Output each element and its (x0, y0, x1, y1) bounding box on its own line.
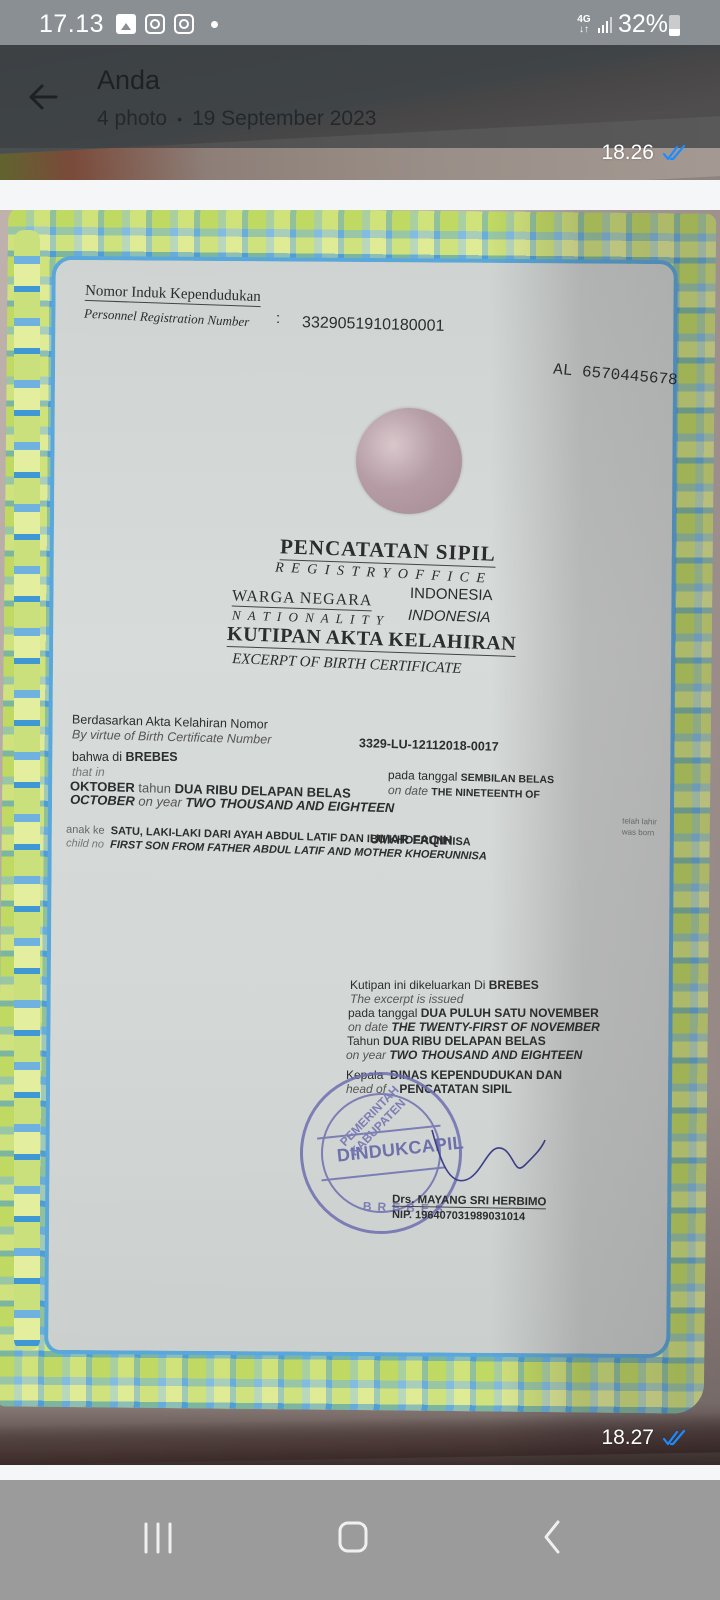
dot-icon (211, 21, 218, 28)
nik-colon: : (276, 310, 280, 327)
official-name: Drs. MAYANG SRI HERBIMO (392, 1194, 547, 1210)
status-time: 17.13 (39, 10, 104, 39)
battery-percent: 32% (618, 10, 668, 39)
photo-count: 4 photo (97, 107, 167, 131)
nik-value: 3329051910180001 (302, 314, 445, 336)
issued-date-line: pada tanggal DUA PULUH SATU NOVEMBER (348, 1006, 599, 1020)
nationality-value: INDONESIA (408, 607, 491, 626)
photo-viewer-screen: 17.13 4G↓↑ 32% Anda 4 photo • (0, 0, 720, 1600)
system-back-button[interactable] (530, 1518, 590, 1562)
instagram-icon (174, 14, 194, 34)
issued-year-line: Tahun DUA RIBU DELAPAN BELAS (347, 1034, 546, 1048)
place-line: bahwa di BREBES (72, 750, 178, 764)
born-label: telah lahirwas born (622, 815, 657, 838)
recents-button[interactable] (128, 1518, 188, 1562)
status-right: 4G↓↑ 32% (576, 10, 668, 39)
separator: • (177, 111, 182, 127)
birth-certificate: Nomor Induk Kependudukan Personnel Regis… (0, 210, 720, 1465)
instagram-icon (145, 14, 165, 34)
nik-label: Nomor Induk Kependudukan (85, 283, 261, 307)
issued-year-line-en: on year TWO THOUSAND AND EIGHTEEN (346, 1048, 582, 1062)
home-button[interactable] (330, 1518, 390, 1562)
official-nip: NIP. 196407031989031014 (392, 1209, 525, 1223)
chat-title: Anda (97, 65, 160, 96)
back-chevron-icon (530, 1518, 590, 1562)
certificate-number: 3329-LU-12112018-0017 (359, 736, 499, 754)
nik-label-en: Personnel Registration Number (84, 306, 250, 331)
message-timestamp: 18.27 (601, 1426, 688, 1450)
date-line-en: on date THE NINETEENTH OF (388, 783, 540, 801)
issued-line: Kutipan ini dikeluarkan Di BREBES (350, 978, 539, 992)
gallery-icon (116, 14, 136, 34)
home-icon (330, 1518, 390, 1562)
status-bar: 17.13 4G↓↑ 32% (0, 0, 720, 45)
recents-icon (128, 1518, 188, 1562)
system-nav-bar (0, 1480, 720, 1600)
signature (430, 1120, 560, 1200)
embossed-seal (356, 408, 462, 514)
app-header: Anda 4 photo • 19 September 2023 (0, 45, 720, 148)
arrow-left-icon (22, 75, 66, 119)
notification-icons (116, 14, 218, 34)
place-label-en: that in (72, 765, 105, 779)
header-subtitle: 4 photo • 19 September 2023 (97, 107, 376, 131)
issued-label-en: The excerpt is issued (350, 992, 463, 1006)
issued-date-line-en: on date THE TWENTY-FIRST OF NOVEMBER (348, 1020, 600, 1034)
office-value: INDONESIA (410, 585, 493, 604)
network-4g-icon: 4G↓↑ (576, 15, 592, 35)
document-title-en: EXCERPT OF BIRTH CERTIFICATE (232, 651, 462, 678)
serial-number: AL 6570445678 (552, 361, 678, 390)
back-button[interactable] (22, 75, 66, 119)
photo-date: 19 September 2023 (192, 107, 376, 131)
double-check-icon (662, 144, 688, 162)
double-check-icon (662, 1429, 688, 1447)
battery-icon (669, 15, 680, 36)
message-timestamp: 18.26 (601, 141, 688, 165)
photo-birth-certificate[interactable]: Nomor Induk Kependudukan Personnel Regis… (0, 210, 720, 1465)
signal-icon (598, 17, 612, 33)
